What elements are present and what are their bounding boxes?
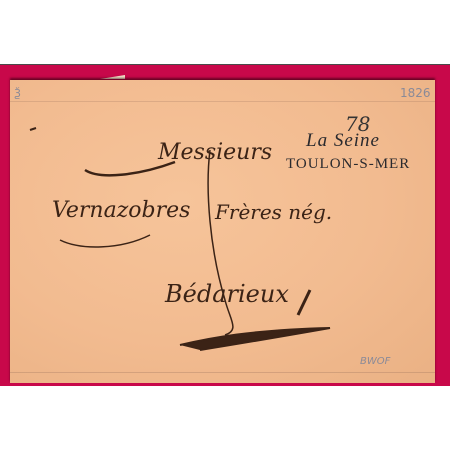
fold-line-bottom: [10, 372, 435, 373]
fold-line-top: [10, 101, 435, 102]
address-salutation: Messieurs: [158, 140, 272, 165]
address-name: Vernazobres: [52, 198, 190, 223]
postmark-line1: La Seine: [306, 130, 380, 152]
postmark-line2: TOULON-S-MER: [286, 156, 410, 173]
address-city: Bédarieux: [165, 280, 289, 308]
pencil-year: 1826: [400, 86, 431, 100]
address-firm: Frères nég.: [215, 200, 332, 224]
letter-cover: [10, 80, 435, 383]
pencil-corner-mark: Ѯ: [14, 87, 21, 100]
pencil-reference: BWOF: [360, 356, 390, 367]
